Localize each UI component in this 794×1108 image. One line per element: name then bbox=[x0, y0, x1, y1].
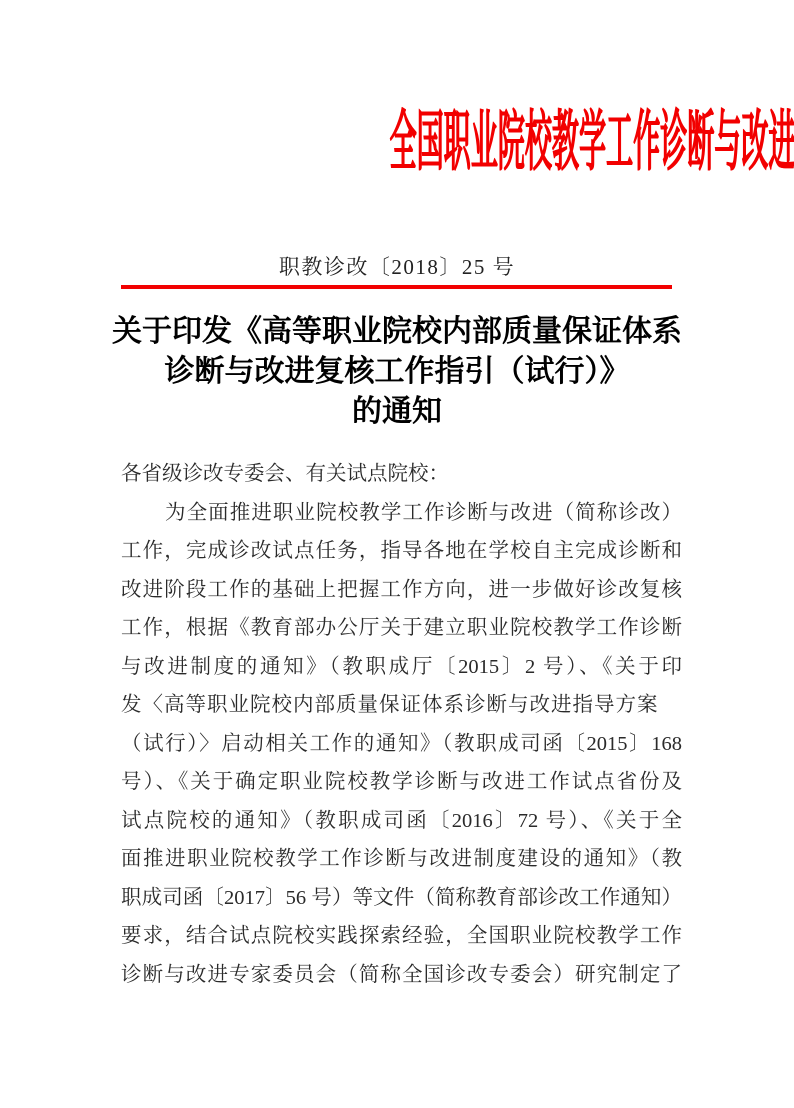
document-page: 全国职业院校教学工作诊断与改进专家委员会 职教诊改〔2018〕25 号 关于印发… bbox=[0, 0, 794, 1108]
red-divider-rule bbox=[121, 285, 672, 289]
body-line: 试点院校的通知》（教职成司函〔2016〕72 号）、《关于全 bbox=[121, 802, 682, 841]
title-line-1: 关于印发《高等职业院校内部质量保证体系 bbox=[0, 312, 794, 352]
document-number: 职教诊改〔2018〕25 号 bbox=[0, 252, 794, 282]
body-line: 面推进职业院校教学工作诊断与改进制度建设的通知》（教 bbox=[121, 840, 682, 879]
issuing-authority-name: 全国职业院校教学工作诊断与改进专家委员会 bbox=[389, 102, 794, 184]
body-line: 职成司函〔2017〕56 号）等文件（简称教育部诊改工作通知） bbox=[121, 879, 682, 918]
body-line: 与改进制度的通知》（教职成厅〔2015〕2 号）、《关于印 bbox=[121, 648, 682, 687]
body-line: 要求，结合试点院校实践探索经验，全国职业院校教学工作 bbox=[121, 917, 682, 956]
body-line: 工作，完成诊改试点任务，指导各地在学校自主完成诊断和 bbox=[121, 532, 682, 571]
salutation: 各省级诊改专委会、有关试点院校： bbox=[121, 455, 682, 494]
document-body: 各省级诊改专委会、有关试点院校： 为全面推进职业院校教学工作诊断与改进（简称诊改… bbox=[121, 455, 682, 994]
document-title: 关于印发《高等职业院校内部质量保证体系 诊断与改进复核工作指引（试行）》 的通知 bbox=[0, 312, 794, 432]
letterhead: 全国职业院校教学工作诊断与改进专家委员会 bbox=[0, 102, 794, 184]
title-line-2: 诊断与改进复核工作指引（试行）》 bbox=[0, 352, 794, 392]
body-line: 改进阶段工作的基础上把握工作方向，进一步做好诊改复核 bbox=[121, 571, 682, 610]
body-line: 号）、《关于确定职业院校教学诊断与改进工作试点省份及 bbox=[121, 763, 682, 802]
title-line-3: 的通知 bbox=[0, 392, 794, 432]
body-line: 为全面推进职业院校教学工作诊断与改进（简称诊改） bbox=[121, 494, 682, 533]
body-line: 诊断与改进专家委员会（简称全国诊改专委会）研究制定了 bbox=[121, 956, 682, 995]
body-line: （试行）〉启动相关工作的通知》（教职成司函〔2015〕168 bbox=[121, 725, 682, 764]
body-line: 工作，根据《教育部办公厅关于建立职业院校教学工作诊断 bbox=[121, 609, 682, 648]
body-line: 发〈高等职业院校内部质量保证体系诊断与改进指导方案 bbox=[121, 686, 682, 725]
